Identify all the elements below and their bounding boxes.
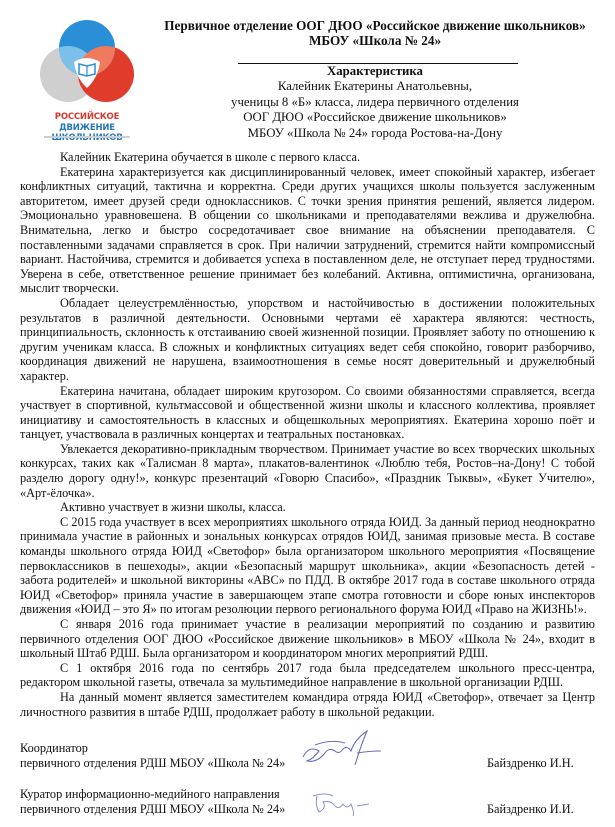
document-body: Калейник Екатерина обучается в школе с п…	[20, 150, 595, 719]
org-name-line1: Первичное отделение ООГ ДЮО «Российское …	[150, 18, 600, 33]
signer-role: Координатор	[20, 741, 285, 756]
handwritten-signature-icon	[305, 788, 385, 818]
handwritten-signature-icon	[295, 725, 395, 775]
logo-text-line2: ДВИЖЕНИЕ ШКОЛЬНИКОВ	[32, 123, 142, 143]
subject-name: Калейник Екатерины Анатольевны,	[150, 79, 600, 94]
signer-name: Байздренко И.Н.	[487, 756, 574, 771]
paragraph: С 2015 года участвует в всех мероприятия…	[20, 515, 595, 617]
logo-underline	[44, 136, 130, 138]
signature-block-curator: Куратор информационно-медийного направле…	[20, 787, 285, 817]
paragraph: С января 2016 года принимает участие в р…	[20, 617, 595, 661]
title-block: Характеристика Калейник Екатерины Анатол…	[150, 64, 600, 141]
document-title: Характеристика	[150, 64, 600, 79]
paragraph: Обладает целеустремлённостью, упорством …	[20, 296, 595, 384]
subject-org: ООГ ДЮО «Российское движение школьников»	[150, 110, 600, 125]
subject-school: МБОУ «Школа № 24» города Ростова-на-Дону	[150, 126, 600, 141]
logo-circles-icon	[32, 18, 142, 110]
paragraph: Екатерина начитана, обладает широким кру…	[20, 384, 595, 442]
signer-name: Байздренко И.И.	[487, 802, 574, 817]
rdsh-logo: РОССИЙСКОЕ ДВИЖЕНИЕ ШКОЛЬНИКОВ	[32, 18, 142, 142]
paragraph: Калейник Екатерина обучается в школе с п…	[20, 150, 595, 165]
org-name-line2: МБОУ «Школа № 24»	[150, 33, 600, 48]
logo-text-line1: РОССИЙСКОЕ	[32, 112, 142, 122]
paragraph: На данный момент является заместителем к…	[20, 690, 595, 719]
signature-block-coordinator: Координатор первичного отделения РДШ МБО…	[20, 741, 285, 771]
paragraph: Екатерина характеризуется как дисциплини…	[20, 165, 595, 296]
paragraph: Активно участвует в жизни школы, класса.	[20, 500, 595, 515]
signer-role-org: первичного отделения РДШ МБОУ «Школа № 2…	[20, 756, 285, 771]
signer-role-org: первичного отделения РДШ МБОУ «Школа № 2…	[20, 802, 285, 817]
signer-role: Куратор информационно-медийного направле…	[20, 787, 285, 802]
paragraph: С 1 октября 2016 года по сентябрь 2017 г…	[20, 661, 595, 690]
document-header: Первичное отделение ООГ ДЮО «Российское …	[150, 18, 600, 48]
paragraph: Увлекается декоративно-прикладным творче…	[20, 442, 595, 500]
subject-class: ученицы 8 «Б» класса, лидера первичного …	[150, 95, 600, 110]
